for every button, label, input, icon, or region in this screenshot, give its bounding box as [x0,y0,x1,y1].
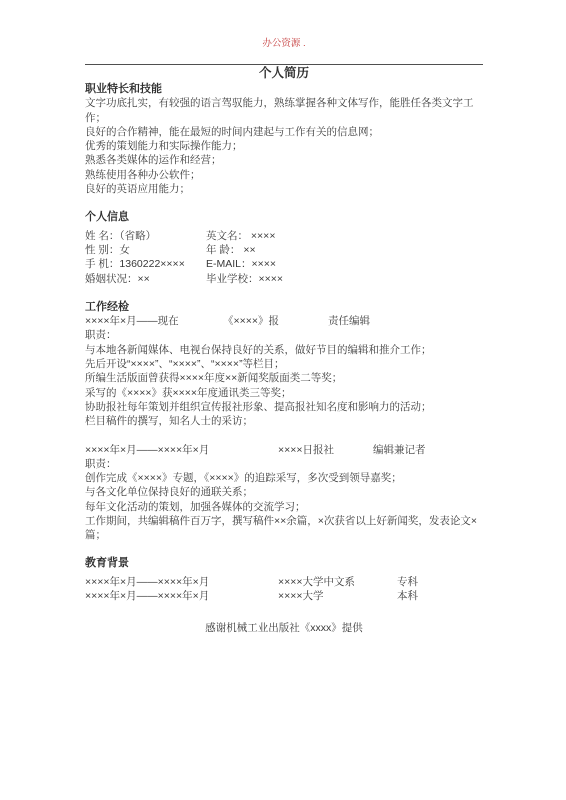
info-row: 手 机：1360222×××× E-MAIL：×××× [85,257,483,271]
skill-item: 熟悉各类媒体的运作和经营； [85,153,483,167]
education-period: ××××年×月——××××年×月 [85,589,278,603]
job-header-row: ××××年×月——××××年×月 ××××日报社 编辑兼记者 [85,443,483,457]
job-period: ××××年×月——现在 [85,314,223,328]
watermark-text: 办公资源 . [85,38,483,50]
info-phone: 手 机：1360222×××× [85,257,206,271]
info-row: 性 别：女 年 龄： ×× [85,243,483,257]
duty-item: 每年文化活动的策划，加强各媒体的交流学习； [85,500,483,514]
education-heading: 教育背景 [85,556,483,570]
education-school: ××××大学 [278,589,397,603]
duties-label: 职责： [85,457,483,471]
duty-item: 所编生活版面曾获得××××年度××新闻奖版面类二等奖； [85,371,483,385]
job-header-row: ××××年×月——现在 《××××》报 责任编辑 [85,314,483,328]
resume-page: 办公资源 . 个人简历 职业特长和技能 文字功底扎实，有较强的语言驾驭能力，熟练… [0,0,566,800]
info-email: E-MAIL：×××× [206,257,276,271]
section-personal-info: 个人信息 姓 名：（省略） 英文名： ×××× 性 别：女 年 龄： ×× 手 … [85,210,483,285]
job-entry: ××××年×月——现在 《××××》报 责任编辑 职责： 与本地各新闻媒体、电视… [85,314,483,428]
work-experience-heading: 工作经检 [85,300,483,314]
skill-item: 良好的合作精神，能在最短的时间内建起与工作有关的信息网； [85,125,483,139]
education-degree: 本科 [397,589,418,603]
info-row: 姓 名：（省略） 英文名： ×××× [85,229,483,243]
info-english-name: 英文名： ×××× [206,229,275,243]
resume-content: 办公资源 . 个人简历 职业特长和技能 文字功底扎实，有较强的语言驾驭能力，熟练… [0,0,566,635]
duty-item: 与本地各新闻媒体、电视台保持良好的关系，做好节目的编辑和推介工作； [85,343,483,357]
skill-item: 良好的英语应用能力； [85,182,483,196]
info-name: 姓 名：（省略） [85,229,206,243]
duty-item: 采写的《××××》获××××年度通讯类三等奖； [85,386,483,400]
skill-item: 熟练使用各种办公软件； [85,168,483,182]
education-row: ××××年×月——××××年×月 ××××大学中文系 专科 [85,575,483,589]
job-position: 责任编辑 [328,314,370,328]
education-rows: ××××年×月——××××年×月 ××××大学中文系 专科 ××××年×月——×… [85,575,483,604]
job-period: ××××年×月——××××年×月 [85,443,278,457]
education-degree: 专科 [397,575,418,589]
education-row: ××××年×月——××××年×月 ××××大学 本科 [85,589,483,603]
education-period: ××××年×月——××××年×月 [85,575,278,589]
info-age: 年 龄： ×× [206,243,256,257]
skill-item: 优秀的策划能力和实际操作能力； [85,139,483,153]
education-school: ××××大学中文系 [278,575,397,589]
footer-credit: 感谢机械工业出版社《xxxx》提供 [85,621,483,635]
info-row: 婚姻状况：×× 毕业学校：×××× [85,272,483,286]
job-entry: ××××年×月——××××年×月 ××××日报社 编辑兼记者 职责： 创作完成《… [85,443,483,543]
skills-heading: 职业特长和技能 [85,82,483,96]
duty-item: 栏目稿件的撰写，知名人士的采访； [85,414,483,428]
job-position: 编辑兼记者 [373,443,426,457]
section-skills: 职业特长和技能 文字功底扎实，有较强的语言驾驭能力，熟练掌握各种文体写作，能胜任… [85,82,483,196]
duty-item: 先后开设“××××”、“××××”、“××××”等栏目； [85,357,483,371]
info-marital-status: 婚姻状况：×× [85,272,206,286]
duties-label: 职责： [85,328,483,342]
duty-item: 与各文化单位保持良好的通联关系； [85,485,483,499]
section-work-experience: 工作经检 ××××年×月——现在 《××××》报 责任编辑 职责： 与本地各新闻… [85,300,483,543]
duty-item: 协助报社每年策划并组织宣传报社形象、提高报社知名度和影响力的活动； [85,400,483,414]
job-organization: ××××日报社 [278,443,373,457]
skill-item: 文字功底扎实，有较强的语言驾驭能力，熟练掌握各种文体写作，能胜任各类文字工作； [85,96,483,125]
info-gender: 性 别：女 [85,243,206,257]
page-title: 个人简历 [85,65,483,82]
personal-info-rows: 姓 名：（省略） 英文名： ×××× 性 别：女 年 龄： ×× 手 机：136… [85,229,483,286]
duty-item: 创作完成《××××》专题，《××××》的追踪采写，多次受到领导嘉奖； [85,471,483,485]
job-organization: 《××××》报 [223,314,328,328]
duty-item: 工作期间，共编辑稿件百万字，撰写稿件××余篇，×次获省以上好新闻奖，发表论文×篇… [85,514,483,543]
info-school: 毕业学校：×××× [206,272,283,286]
personal-info-heading: 个人信息 [85,210,483,224]
section-education: 教育背景 ××××年×月——××××年×月 ××××大学中文系 专科 ××××年… [85,556,483,604]
